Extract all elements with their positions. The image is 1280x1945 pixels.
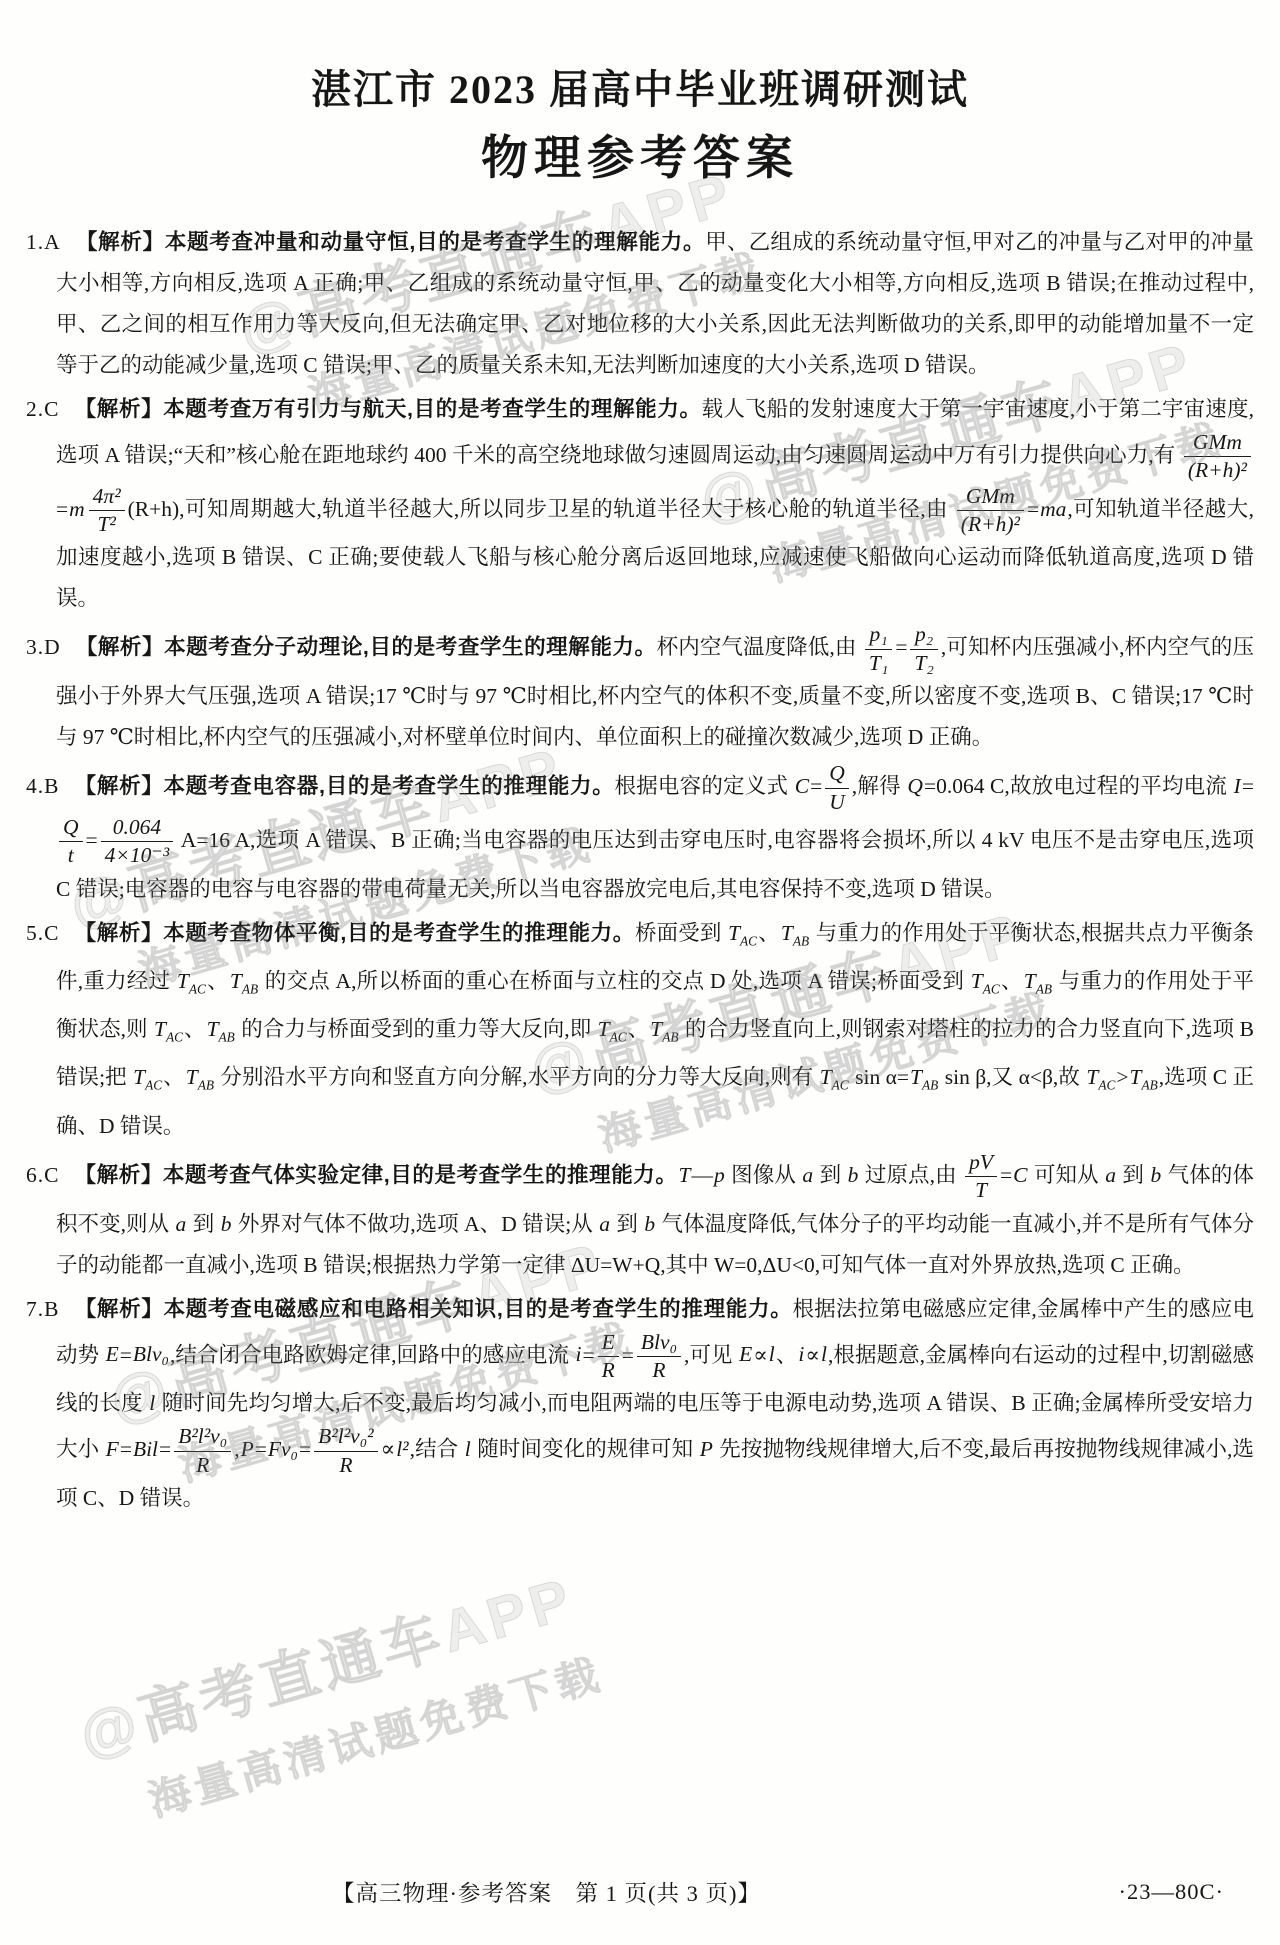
- math-variable-subscripted: TAB: [185, 1065, 215, 1089]
- page-footer: 【高三物理·参考答案 第 1 页(共 3 页)】 ·23—80C·: [0, 1876, 1280, 1908]
- math-variable: E: [105, 1342, 120, 1366]
- answer-number: 3.D: [26, 635, 61, 659]
- math-variable: I: [1233, 774, 1242, 798]
- math-fraction: 0.0644×10⁻³: [101, 815, 174, 869]
- math-variable: p: [713, 1163, 726, 1187]
- math-variable: b: [1149, 1163, 1162, 1187]
- math-variable: C: [794, 774, 810, 798]
- math-variable-subscripted: TAC: [970, 969, 1001, 993]
- math-variable-subscripted: TAB: [1128, 1065, 1158, 1089]
- math-variable: b: [847, 1163, 860, 1187]
- math-variable-subscripted: TAC: [132, 1065, 163, 1089]
- math-variable: T: [677, 1163, 691, 1187]
- math-variable: l: [148, 1391, 156, 1415]
- math-variable: F: [105, 1437, 120, 1461]
- math-variable: l²: [395, 1437, 409, 1461]
- math-fraction: GMm(R+h)²: [957, 484, 1024, 538]
- footer-paper-code: ·23—80C·: [1119, 1879, 1225, 1905]
- math-variable: b: [643, 1212, 656, 1236]
- math-variable: i: [797, 1342, 805, 1366]
- math-variable-subscripted: TAB: [909, 1065, 939, 1089]
- math-fraction: B²l²v₀²R: [314, 1424, 377, 1478]
- math-fraction: GMm(R+h)²: [1184, 430, 1251, 484]
- answer-number: 5.C: [26, 921, 59, 945]
- math-variable: P: [699, 1437, 714, 1461]
- watermark-text: @高考直通车APP: [68, 1551, 582, 1773]
- math-variable-subscripted: TAC: [176, 969, 207, 993]
- document-page: 湛江市 2023 届高中毕业班调研测试 物理参考答案 1.A【解析】本题考查冲量…: [0, 0, 1280, 1519]
- analysis-lead-in: 【解析】本题考查电磁感应和电路相关知识,目的是考查学生的推理能力。: [74, 1297, 792, 1321]
- math-variable: b: [220, 1212, 233, 1236]
- watermark-text: 海量高清试题免费下载: [141, 1641, 609, 1828]
- math-fraction: p₁T₁: [865, 622, 892, 676]
- math-variable: P: [240, 1437, 255, 1461]
- math-variable-subscripted: TAC: [727, 921, 758, 945]
- math-variable: E: [738, 1342, 753, 1366]
- answer-number: 7.B: [26, 1297, 59, 1321]
- analysis-lead-in: 【解析】本题考查冲量和动量守恒,目的是考查学生的理解能力。: [76, 230, 706, 254]
- math-variable: Q: [906, 774, 924, 798]
- math-variable-subscripted: TAB: [780, 921, 810, 945]
- answer-item: 6.C【解析】本题考查气体实验定律,目的是考查学生的推理能力。T—p 图像从 a…: [26, 1150, 1254, 1286]
- math-variable: a: [175, 1212, 188, 1236]
- math-variable-subscripted: TAC: [153, 1017, 184, 1041]
- analysis-lead-in: 【解析】本题考查万有引力与航天,目的是考查学生的理解能力。: [74, 397, 701, 421]
- math-variable: Blv₀: [132, 1342, 170, 1366]
- math-variable: a: [801, 1163, 814, 1187]
- answer-item: 3.D【解析】本题考查分子动理论,目的是考查学生的理解能力。杯内空气温度降低,由…: [26, 622, 1254, 758]
- math-variable-subscripted: TAC: [819, 1065, 850, 1089]
- math-variable-subscripted: TAB: [206, 1017, 236, 1041]
- math-variable-subscripted: TAB: [649, 1017, 679, 1041]
- answer-item: 5.C【解析】本题考查物体平衡,目的是考查学生的推理能力。桥面受到 TAC、TA…: [26, 913, 1254, 1147]
- answer-item: 2.C【解析】本题考查万有引力与航天,目的是考查学生的理解能力。载人飞船的发射速…: [26, 389, 1254, 619]
- math-variable: C: [1012, 1163, 1028, 1187]
- math-variable: l: [768, 1342, 776, 1366]
- math-variable-subscripted: TAB: [1023, 969, 1053, 993]
- math-variable-subscripted: TAB: [229, 969, 259, 993]
- math-fraction: ER: [598, 1330, 619, 1384]
- math-variable: l: [464, 1437, 472, 1461]
- math-variable-subscripted: TAC: [1085, 1065, 1116, 1089]
- answers-list: 1.A【解析】本题考查冲量和动量守恒,目的是考查学生的理解能力。甲、乙组成的系统…: [26, 222, 1254, 1519]
- math-variable: a: [598, 1212, 611, 1236]
- math-variable: a: [1104, 1163, 1117, 1187]
- math-fraction: Blv₀R: [637, 1330, 681, 1384]
- analysis-lead-in: 【解析】本题考查气体实验定律,目的是考查学生的推理能力。: [74, 1163, 677, 1187]
- answer-item: 7.B【解析】本题考查电磁感应和电路相关知识,目的是考查学生的推理能力。根据法拉…: [26, 1289, 1254, 1519]
- document-subtitle: 物理参考答案: [26, 121, 1254, 188]
- answer-number: 6.C: [26, 1163, 59, 1187]
- math-fraction: Qt: [59, 815, 83, 869]
- analysis-lead-in: 【解析】本题考查分子动理论,目的是考查学生的理解能力。: [76, 635, 657, 659]
- answer-number: 2.C: [26, 397, 59, 421]
- math-variable-subscripted: TAC: [597, 1017, 628, 1041]
- answer-item: 1.A【解析】本题考查冲量和动量守恒,目的是考查学生的理解能力。甲、乙组成的系统…: [26, 222, 1254, 386]
- analysis-lead-in: 【解析】本题考查物体平衡,目的是考查学生的推理能力。: [74, 921, 634, 945]
- answer-item: 4.B【解析】本题考查电容器,目的是考查学生的推理能力。根据电容的定义式 C=Q…: [26, 761, 1254, 909]
- answer-number: 4.B: [26, 774, 59, 798]
- math-variable: Fv₀: [267, 1437, 299, 1461]
- math-variable: ma: [1039, 497, 1067, 521]
- math-variable: l: [820, 1342, 828, 1366]
- math-fraction: p₂T₂: [910, 622, 937, 676]
- analysis-lead-in: 【解析】本题考查电容器,目的是考查学生的推理能力。: [74, 774, 614, 798]
- answer-number: 1.A: [26, 230, 61, 254]
- footer-page-info: 【高三物理·参考答案 第 1 页(共 3 页)】: [332, 1876, 761, 1908]
- math-fraction: B²l²v₀R: [174, 1424, 231, 1478]
- math-variable: m: [68, 497, 86, 521]
- math-fraction: 4π²T²: [89, 484, 125, 538]
- math-fraction: pVT: [965, 1150, 997, 1204]
- math-variable: Bil: [132, 1437, 159, 1461]
- math-variable: i: [575, 1342, 583, 1366]
- document-title: 湛江市 2023 届高中毕业班调研测试: [26, 58, 1254, 115]
- math-fraction: QU: [825, 761, 849, 815]
